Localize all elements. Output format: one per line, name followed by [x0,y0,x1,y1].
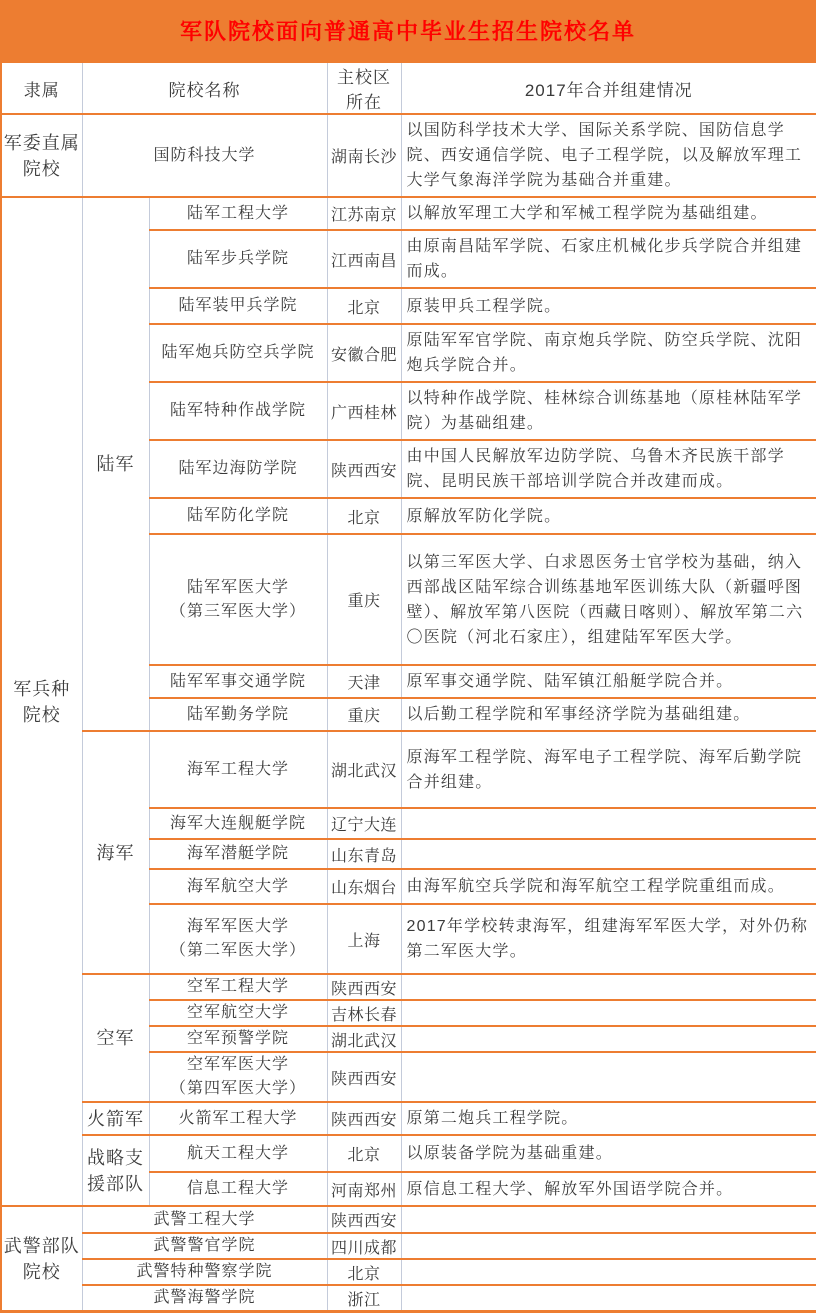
title-band: 军队院校面向普通高中毕业生招生院校名单 [0,0,816,61]
campus-cell: 陕西西安 [327,1102,401,1135]
school-name-cell: 空军军医大学 （第四军医大学） [149,1052,327,1102]
merger-cell [401,1259,816,1285]
table-row: 武警部队 院校武警工程大学陕西西安 [1,1206,816,1233]
school-name-cell: 火箭军工程大学 [149,1102,327,1135]
campus-cell: 广西桂林 [327,382,401,440]
school-name-cell: 陆军防化学院 [149,498,327,534]
table-row: 战略支 援部队航天工程大学北京以原装备学院为基础重建。 [1,1135,816,1172]
school-name-cell: 信息工程大学 [149,1172,327,1206]
campus-cell: 陕西西安 [327,974,401,1000]
campus-cell: 安徽合肥 [327,324,401,382]
school-name-cell: 海军工程大学 [149,731,327,808]
table-row: 武警海警学院浙江 [1,1285,816,1312]
table-row: 武警特种警察学院北京 [1,1259,816,1285]
school-name-cell: 武警工程大学 [82,1206,327,1233]
campus-cell: 北京 [327,288,401,324]
affiliation-cell: 军兵种 院校 [1,197,82,1206]
school-name-cell: 武警海警学院 [82,1285,327,1312]
merger-cell: 原信息工程大学、解放军外国语学院合并。 [401,1172,816,1206]
merger-cell: 由中国人民解放军边防学院、乌鲁木齐民族干部学院、昆明民族干部培训学院合并改建而成… [401,440,816,498]
campus-cell: 四川成都 [327,1233,401,1259]
campus-cell: 山东青岛 [327,839,401,869]
table-row: 火箭军火箭军工程大学陕西西安原第二炮兵工程学院。 [1,1102,816,1135]
campus-cell: 陕西西安 [327,440,401,498]
school-name-cell: 陆军炮兵防空兵学院 [149,324,327,382]
school-name-cell: 国防科技大学 [82,114,327,197]
column-header-affiliation: 隶属 [1,62,82,114]
merger-cell: 以原装备学院为基础重建。 [401,1135,816,1172]
merger-cell [401,1000,816,1026]
merger-cell [401,839,816,869]
merger-cell: 以第三军医大学、白求恩医务士官学校为基础，纳入西部战区陆军综合训练基地军医训练大… [401,534,816,665]
school-name-cell: 陆军工程大学 [149,197,327,230]
campus-cell: 江西南昌 [327,230,401,288]
campus-cell: 重庆 [327,534,401,665]
campus-cell: 北京 [327,1259,401,1285]
campus-cell: 湖北武汉 [327,731,401,808]
merger-cell: 以解放军理工大学和军械工程学院为基础组建。 [401,197,816,230]
column-header-school-name: 院校名称 [82,62,327,114]
merger-cell: 由海军航空兵学院和海军航空工程学院重组而成。 [401,869,816,904]
campus-cell: 陕西西安 [327,1052,401,1102]
campus-cell: 湖南长沙 [327,114,401,197]
campus-cell: 北京 [327,1135,401,1172]
column-header-merger: 2017年合并组建情况 [401,62,816,114]
table-row: 武警警官学院四川成都 [1,1233,816,1259]
table-row: 军委直属 院校国防科技大学湖南长沙以国防科学技术大学、国际关系学院、国防信息学院… [1,114,816,197]
campus-cell: 重庆 [327,698,401,731]
merger-cell [401,1206,816,1233]
merger-cell: 原装甲兵工程学院。 [401,288,816,324]
campus-cell: 陕西西安 [327,1206,401,1233]
school-name-cell: 陆军特种作战学院 [149,382,327,440]
merger-cell: 原陆军军官学院、南京炮兵学院、防空兵学院、沈阳炮兵学院合并。 [401,324,816,382]
branch-cell: 陆军 [82,197,149,731]
school-name-cell: 空军预警学院 [149,1026,327,1052]
table-header-row: 隶属 院校名称 主校区 所在 2017年合并组建情况 [1,62,816,114]
branch-cell: 海军 [82,731,149,974]
merger-cell [401,1233,816,1259]
affiliation-cell: 武警部队 院校 [1,1206,82,1312]
school-name-cell: 空军航空大学 [149,1000,327,1026]
campus-cell: 江苏南京 [327,197,401,230]
merger-cell [401,1026,816,1052]
merger-cell: 原海军工程学院、海军电子工程学院、海军后勤学院合并组建。 [401,731,816,808]
merger-cell [401,1285,816,1312]
merger-cell: 原第二炮兵工程学院。 [401,1102,816,1135]
school-name-cell: 陆军军医大学 （第三军医大学） [149,534,327,665]
merger-cell: 以后勤工程学院和军事经济学院为基础组建。 [401,698,816,731]
campus-cell: 辽宁大连 [327,808,401,839]
merger-cell: 以国防科学技术大学、国际关系学院、国防信息学院、西安通信学院、电子工程学院，以及… [401,114,816,197]
campus-cell: 吉林长春 [327,1000,401,1026]
school-name-cell: 武警警官学院 [82,1233,327,1259]
schools-table-body: 军委直属 院校国防科技大学湖南长沙以国防科学技术大学、国际关系学院、国防信息学院… [1,114,816,1312]
page-title: 军队院校面向普通高中毕业生招生院校名单 [180,15,636,46]
school-name-cell: 海军大连舰艇学院 [149,808,327,839]
merger-cell [401,974,816,1000]
school-name-cell: 陆军军事交通学院 [149,665,327,698]
campus-cell: 山东烟台 [327,869,401,904]
campus-cell: 湖北武汉 [327,1026,401,1052]
school-name-cell: 陆军步兵学院 [149,230,327,288]
school-name-cell: 武警特种警察学院 [82,1259,327,1285]
affiliation-cell: 军委直属 院校 [1,114,82,197]
column-header-campus: 主校区 所在 [327,62,401,114]
school-name-cell: 陆军装甲兵学院 [149,288,327,324]
campus-cell: 天津 [327,665,401,698]
merger-cell: 2017年学校转隶海军，组建海军军医大学，对外仍称第二军医大学。 [401,904,816,974]
merger-cell: 由原南昌陆军学院、石家庄机械化步兵学院合并组建而成。 [401,230,816,288]
branch-cell: 战略支 援部队 [82,1135,149,1206]
school-name-cell: 空军工程大学 [149,974,327,1000]
school-name-cell: 航天工程大学 [149,1135,327,1172]
schools-table: 隶属 院校名称 主校区 所在 2017年合并组建情况 军委直属 院校国防科技大学… [0,61,816,1313]
merger-cell: 原解放军防化学院。 [401,498,816,534]
school-name-cell: 海军军医大学 （第二军医大学） [149,904,327,974]
school-name-cell: 海军航空大学 [149,869,327,904]
merger-cell [401,1052,816,1102]
merger-cell [401,808,816,839]
table-row: 军兵种 院校陆军陆军工程大学江苏南京以解放军理工大学和军械工程学院为基础组建。 [1,197,816,230]
table-row: 空军空军工程大学陕西西安 [1,974,816,1000]
campus-cell: 上海 [327,904,401,974]
branch-cell: 火箭军 [82,1102,149,1135]
merger-cell: 以特种作战学院、桂林综合训练基地（原桂林陆军学院）为基础组建。 [401,382,816,440]
school-name-cell: 陆军边海防学院 [149,440,327,498]
merger-cell: 原军事交通学院、陆军镇江船艇学院合并。 [401,665,816,698]
table-row: 海军海军工程大学湖北武汉原海军工程学院、海军电子工程学院、海军后勤学院合并组建。 [1,731,816,808]
campus-cell: 浙江 [327,1285,401,1312]
school-name-cell: 海军潜艇学院 [149,839,327,869]
sheet: 军队院校面向普通高中毕业生招生院校名单 隶属 院校名称 主校区 所在 2017年… [0,0,816,1313]
campus-cell: 北京 [327,498,401,534]
campus-cell: 河南郑州 [327,1172,401,1206]
school-name-cell: 陆军勤务学院 [149,698,327,731]
branch-cell: 空军 [82,974,149,1102]
